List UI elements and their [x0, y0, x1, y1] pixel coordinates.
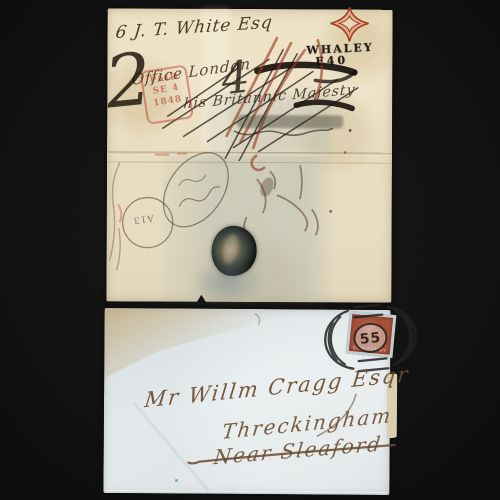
blue-ink-speck: [175, 479, 178, 482]
name-handstamp-line2: E40: [315, 54, 348, 69]
pencil-squiggle: [255, 314, 260, 325]
red-star-handstamp: [330, 7, 368, 41]
faint-crease: [133, 403, 209, 491]
smudged-handstamp-underline: [234, 128, 333, 135]
ink-dot: [344, 151, 347, 154]
descender-flourish: [317, 393, 356, 436]
smudged-handstamp: [237, 115, 343, 128]
ink-dot: [329, 210, 332, 213]
paid-box-datestamp: PAID SE 4 1848: [139, 64, 194, 125]
edge-scribbles: [109, 162, 120, 270]
ink-dot: [349, 129, 352, 132]
manuscript-rate-four: 4: [219, 55, 252, 102]
photo-background: 6 J. T. White Esq Office London his Brit…: [0, 0, 500, 500]
top-cover: 6 J. T. White Esq Office London his Brit…: [106, 8, 392, 302]
bottom-cover: ONE PENNY 55 Mr Willm Cragg Esqr Threcki…: [103, 308, 390, 495]
black-obliteration-stroke: [296, 102, 352, 108]
strikethrough-line: [189, 444, 395, 465]
pen-flourishes: [103, 308, 390, 495]
brown-ink-smudges: [244, 165, 318, 237]
brown-ink-blot: [258, 176, 276, 199]
